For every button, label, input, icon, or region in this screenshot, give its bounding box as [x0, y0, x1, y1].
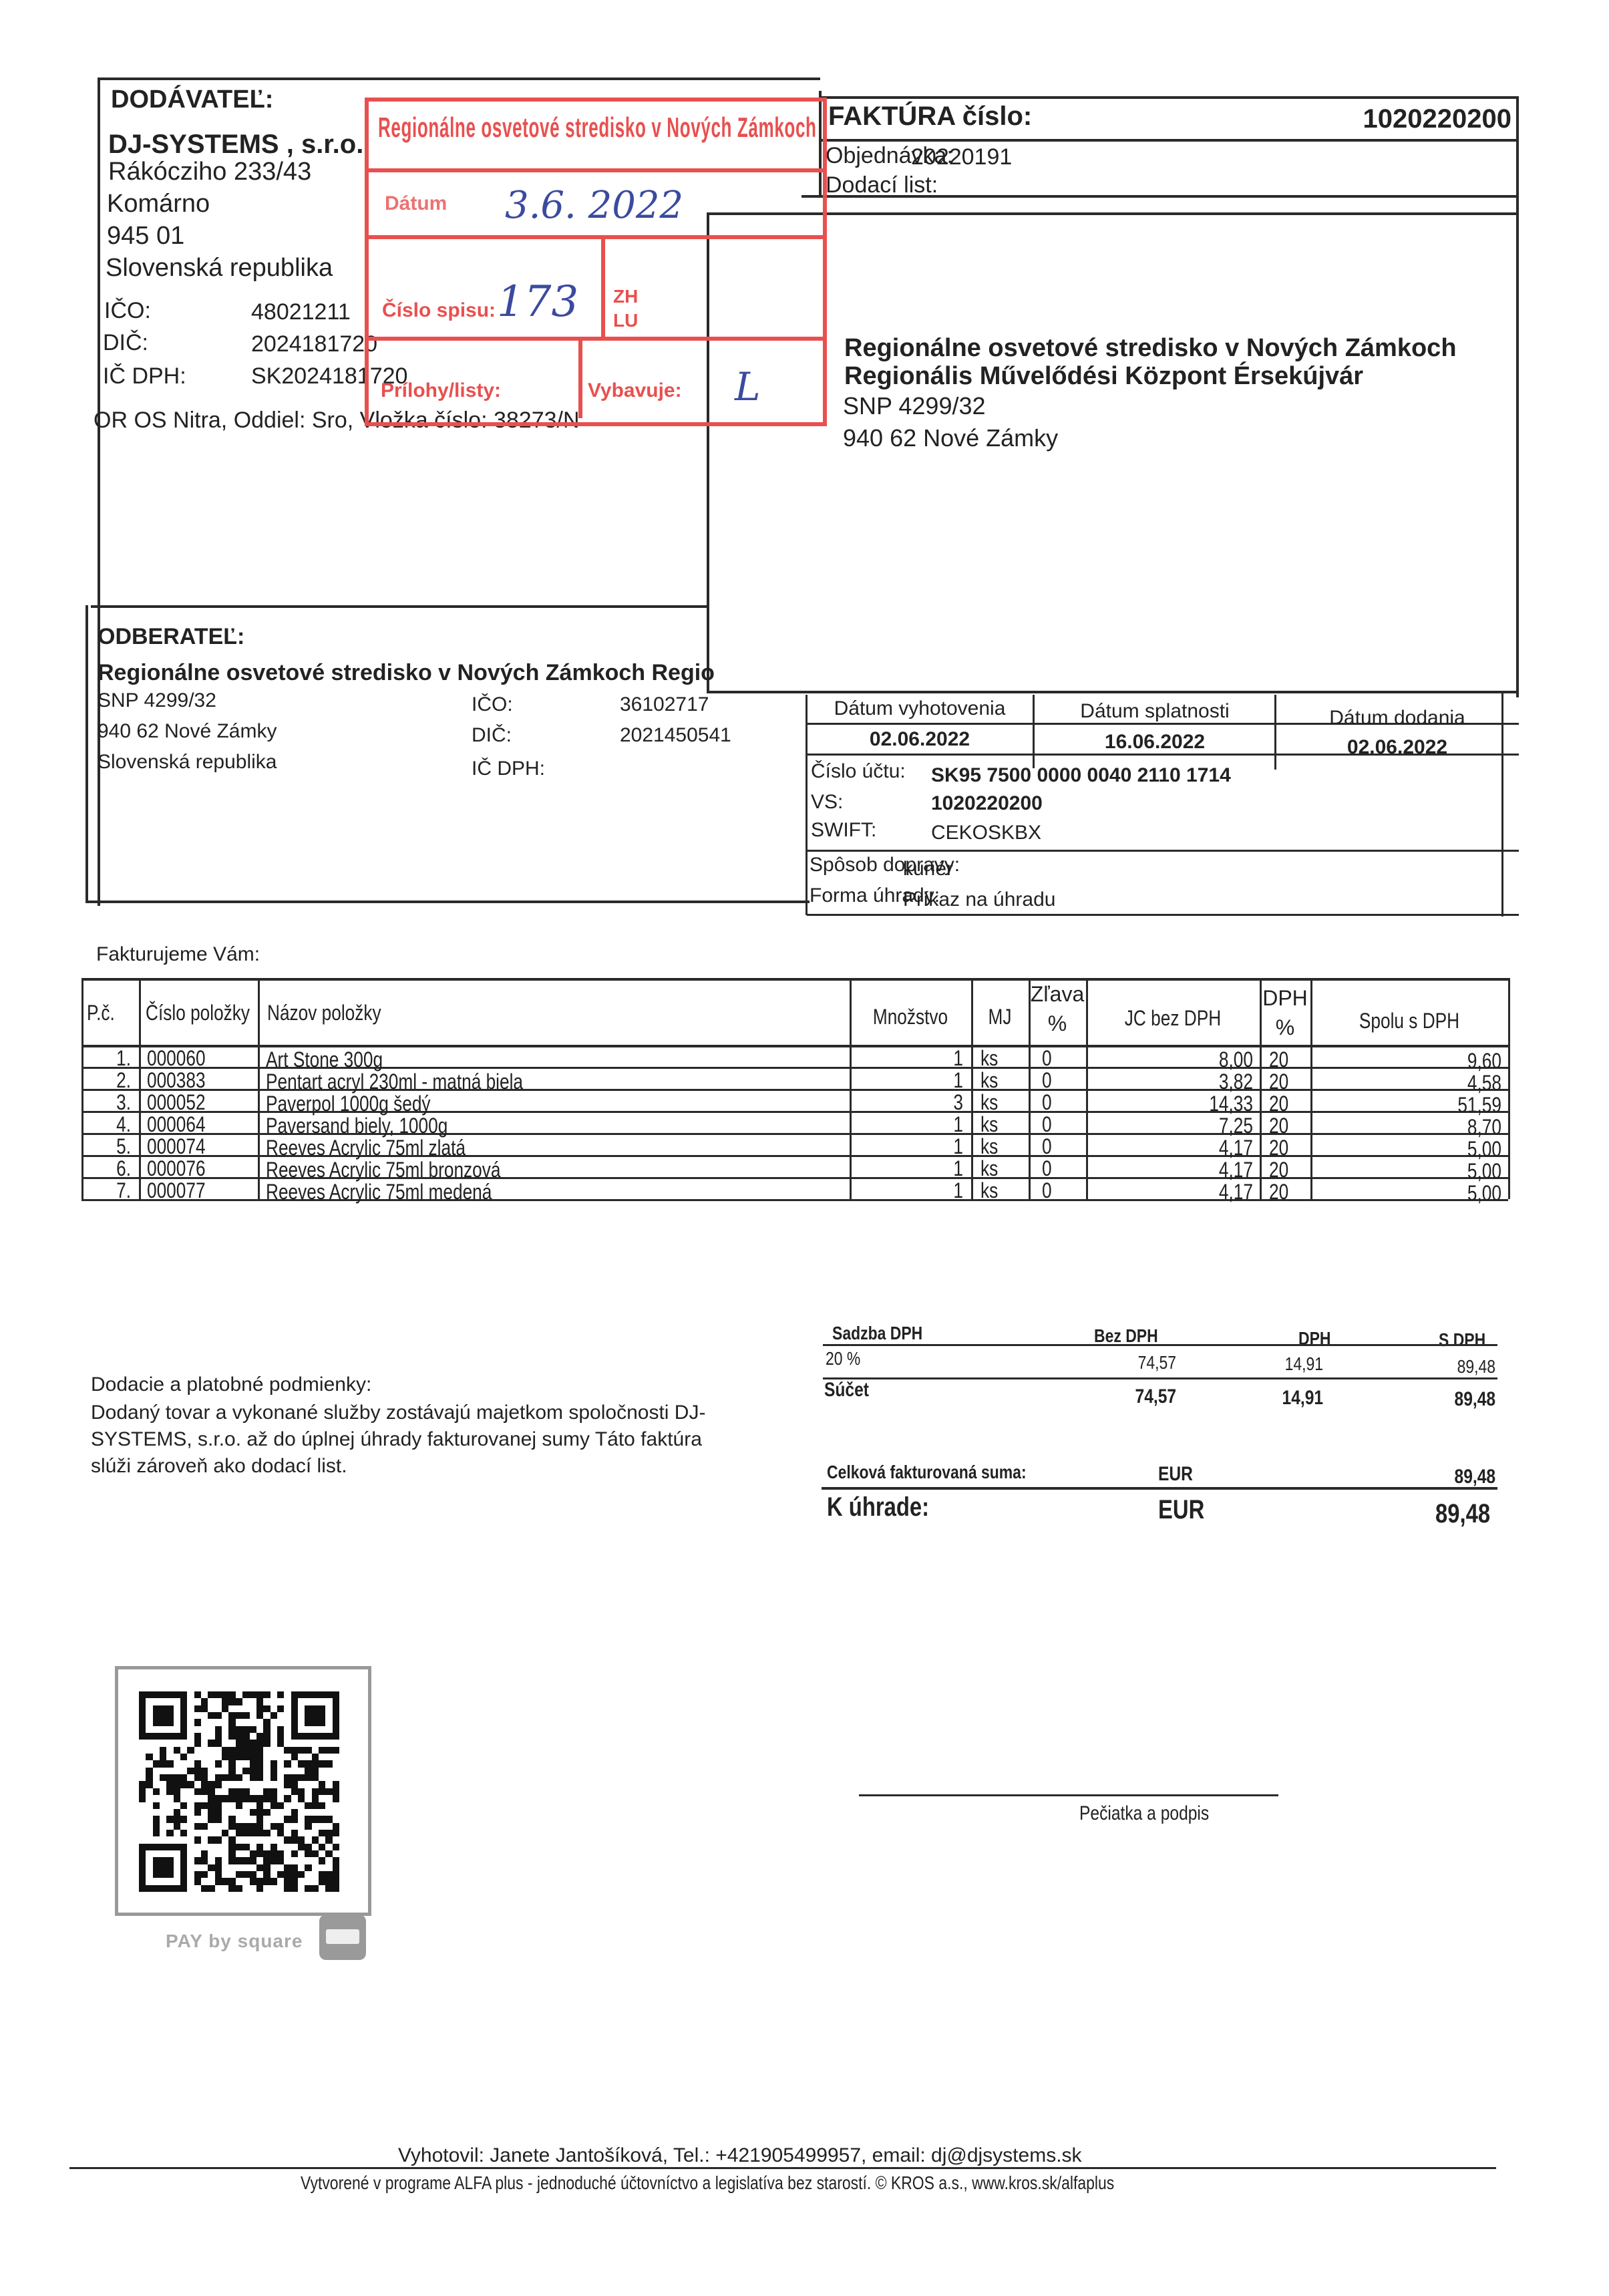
total-invoiced-label: Celková fakturovaná suma:: [827, 1463, 1027, 1482]
recipient-line-3: SNP 4299/32: [843, 394, 986, 418]
item-vat-rate: 20: [1269, 1049, 1288, 1070]
date-due-label: Dátum splatnosti: [1035, 701, 1274, 721]
item-code: 000064: [147, 1114, 206, 1135]
stamp-attachments-label: Prílohy/listy:: [381, 381, 501, 401]
supplier-name: DJ-SYSTEMS , s.r.o.: [108, 131, 363, 158]
supplier-city: Komárno: [107, 191, 210, 216]
item-unit: ks: [980, 1070, 998, 1091]
column-header-total: Spolu s DPH: [1310, 1010, 1508, 1031]
item-vat-rate: 20: [1269, 1159, 1288, 1180]
column-header-code: Číslo položky: [146, 1002, 250, 1023]
item-total: 5,00: [1310, 1138, 1501, 1160]
supplier-dic-label: DIČ:: [103, 331, 148, 354]
item-unit: ks: [980, 1180, 998, 1201]
terms-heading: Dodacie a platobné podmienky:: [91, 1375, 371, 1395]
item-quantity: 1: [850, 1180, 963, 1201]
supplier-ico-label: IČO:: [104, 299, 151, 322]
swift-label: SWIFT:: [811, 820, 876, 840]
column-header-vat-1: DPH: [1260, 987, 1310, 1009]
invoice-title: FAKTÚRA číslo:: [828, 103, 1032, 130]
vat-sum-vat: 14,91: [1282, 1388, 1323, 1408]
supplier-icdph-label: IČ DPH:: [103, 365, 186, 387]
item-discount: 0: [1042, 1092, 1052, 1113]
item-total: 4,58: [1310, 1072, 1501, 1094]
amount-due-currency: EUR: [1158, 1496, 1204, 1523]
date-delivery: 02.06.2022: [1277, 737, 1517, 758]
stamp-date-label: Dátum: [385, 194, 447, 214]
column-header-name: Názov položky: [267, 1002, 381, 1023]
account-label: Číslo účtu:: [811, 762, 906, 782]
footer-prepared-by: Vyhotovil: Janete Jantošíková, Tel.: +42…: [398, 2146, 1082, 2166]
customer-country: Slovenská republika: [98, 752, 277, 772]
item-vat-rate: 20: [1269, 1071, 1288, 1092]
swift-value: CEKOSKBX: [931, 823, 1041, 843]
item-code: 000383: [147, 1070, 206, 1091]
item-unit: ks: [980, 1158, 998, 1179]
item-total: 5,00: [1310, 1182, 1501, 1204]
customer-city: 940 62 Nové Zámky: [98, 721, 277, 742]
customer-name: Regionálne osvetové stredisko v Nových Z…: [98, 661, 715, 684]
vat-header-gross: S DPH: [1439, 1331, 1485, 1349]
supplier-ico: 48021211: [251, 301, 351, 323]
item-name: Reeves Acrylic 75ml medená: [266, 1181, 492, 1202]
item-unit-price: 8,00: [1086, 1049, 1253, 1070]
customer-dic-label: DIČ:: [472, 725, 512, 746]
item-name: Art Stone 300g: [266, 1049, 383, 1070]
item-discount: 0: [1042, 1070, 1052, 1091]
items-intro: Fakturujeme Vám:: [96, 945, 260, 965]
item-name: Pentart acryl 230ml - matná biela: [266, 1071, 523, 1092]
order-number: 20220191: [911, 146, 1012, 168]
recipient-line-4: 940 62 Nové Zámky: [843, 426, 1058, 450]
item-name: Paversand biely, 1000g: [266, 1115, 448, 1136]
terms-line-2: SYSTEMS, s.r.o. až do úplnej úhrady fakt…: [91, 1430, 702, 1450]
stamp-handled-handwritten: L: [735, 367, 761, 406]
invoice-number: 1020220200: [1363, 106, 1511, 132]
item-unit-price: 4,17: [1086, 1159, 1253, 1180]
stamp-handled-label: Vybavuje:: [588, 381, 682, 401]
column-header-vat-2: %: [1260, 1017, 1310, 1038]
item-vat-rate: 20: [1269, 1093, 1288, 1114]
item-unit: ks: [980, 1136, 998, 1157]
vat-gross: 89,48: [1457, 1357, 1495, 1376]
stamp-file-label: Číslo spisu:: [382, 301, 496, 321]
item-discount: 0: [1042, 1136, 1052, 1157]
supplier-zip: 945 01: [107, 223, 184, 249]
amount-due-label: K úhrade:: [827, 1494, 929, 1520]
vat-sum-base: 74,57: [1135, 1387, 1176, 1407]
item-quantity: 1: [850, 1158, 963, 1179]
column-header-qty: Množstvo: [850, 1006, 971, 1027]
customer-heading: ODBERATEĽ:: [98, 625, 244, 648]
column-header-unit: MJ: [971, 1006, 1029, 1027]
stamp-date-handwritten: 3.6. 2022: [505, 187, 683, 224]
supplier-heading: DODÁVATEĽ:: [111, 87, 273, 112]
row-number: 4.: [81, 1114, 131, 1135]
row-number: 7.: [81, 1180, 131, 1201]
item-code: 000077: [147, 1180, 206, 1201]
item-quantity: 1: [850, 1136, 963, 1157]
account-number: SK95 7500 0000 0040 2110 1714: [931, 766, 1231, 786]
item-total: 9,60: [1310, 1050, 1501, 1072]
item-vat-rate: 20: [1269, 1181, 1288, 1202]
item-unit-price: 4,17: [1086, 1181, 1253, 1202]
item-vat-rate: 20: [1269, 1137, 1288, 1158]
item-quantity: 3: [850, 1092, 963, 1113]
terms-line-3: slúži zároveň ako dodací list.: [91, 1456, 347, 1476]
row-number: 1.: [81, 1047, 131, 1069]
customer-ico-label: IČO:: [472, 695, 513, 715]
row-number: 3.: [81, 1092, 131, 1113]
customer-dic: 2021450541: [620, 725, 731, 746]
item-quantity: 1: [850, 1114, 963, 1135]
item-unit: ks: [980, 1092, 998, 1113]
delivery-note-label: Dodací list:: [826, 174, 938, 196]
item-discount: 0: [1042, 1180, 1052, 1201]
item-code: 000074: [147, 1136, 206, 1157]
stamp-title: Regionálne osvetové stredisko v Nových Z…: [378, 114, 817, 142]
total-invoiced-amount: 89,48: [1454, 1467, 1495, 1487]
customer-street: SNP 4299/32: [98, 691, 216, 711]
date-due: 16.06.2022: [1035, 732, 1274, 752]
item-name: Reeves Acrylic 75ml bronzová: [266, 1159, 500, 1180]
supplier-street: Rákócziho 233/43: [108, 159, 311, 184]
total-invoiced-currency: EUR: [1158, 1464, 1193, 1484]
item-quantity: 1: [850, 1047, 963, 1069]
customer-icdph-label: IČ DPH:: [472, 759, 545, 779]
date-delivery-label: Dátum dodania: [1277, 708, 1517, 728]
item-total: 8,70: [1310, 1116, 1501, 1138]
row-number: 2.: [81, 1070, 131, 1091]
item-unit-price: 4,17: [1086, 1137, 1253, 1158]
item-code: 000060: [147, 1047, 206, 1069]
recipient-line-2: Regionális Művelődési Központ Érsekújvár: [844, 363, 1363, 389]
item-code: 000052: [147, 1092, 206, 1113]
item-unit: ks: [980, 1114, 998, 1135]
supplier-country: Slovenská republika: [106, 255, 333, 281]
vat-sum-label: Súčet: [824, 1380, 869, 1400]
date-issued-label: Dátum vyhotovenia: [807, 699, 1033, 719]
item-unit: ks: [980, 1047, 998, 1069]
stamp-lu: LU: [613, 311, 638, 330]
vat-sum-gross: 89,48: [1454, 1389, 1495, 1410]
terms-line-1: Dodaný tovar a vykonané služby zostávajú…: [91, 1403, 705, 1423]
stamp-zh: ZH: [613, 287, 638, 306]
item-name: Paverpol 1000g šedý: [266, 1093, 431, 1114]
item-discount: 0: [1042, 1158, 1052, 1179]
vat-amount: 14,91: [1285, 1355, 1323, 1373]
qr-caption: PAY by square: [166, 1932, 303, 1951]
column-header-discount-2: %: [1029, 1013, 1086, 1034]
recipient-line-1: Regionálne osvetové stredisko v Nových Z…: [844, 335, 1457, 361]
item-total: 51,59: [1310, 1094, 1501, 1116]
customer-ico: 36102717: [620, 695, 709, 715]
vat-rate: 20 %: [826, 1349, 860, 1368]
row-number: 5.: [81, 1136, 131, 1157]
vat-header-rate: Sadzba DPH: [832, 1324, 922, 1343]
item-name: Reeves Acrylic 75ml zlatá: [266, 1137, 466, 1158]
row-number: 6.: [81, 1158, 131, 1179]
item-total: 5,00: [1310, 1160, 1501, 1182]
item-unit-price: 3,82: [1086, 1071, 1253, 1092]
vs-value: 1020220200: [931, 794, 1043, 814]
vs-label: VS:: [811, 792, 843, 812]
item-vat-rate: 20: [1269, 1115, 1288, 1136]
date-issued: 02.06.2022: [807, 729, 1033, 750]
column-header-unit_price: JC bez DPH: [1086, 1007, 1260, 1029]
pay-by-square-logo-icon: [319, 1915, 366, 1960]
payment-method-value: Príkaz na úhradu: [903, 890, 1055, 910]
transport-value: kuriér: [903, 859, 953, 879]
signature-label: Pečiatka a podpis: [1079, 1804, 1209, 1824]
vat-base: 74,57: [1138, 1353, 1176, 1372]
column-header-no: P.č.: [87, 1002, 115, 1023]
item-quantity: 1: [850, 1070, 963, 1091]
supplier-dic: 2024181720: [251, 333, 377, 355]
amount-due: 89,48: [1435, 1500, 1490, 1527]
qr-code: [139, 1691, 339, 1892]
item-discount: 0: [1042, 1114, 1052, 1135]
item-code: 000076: [147, 1158, 206, 1179]
column-header-discount-1: Zľava: [1029, 983, 1086, 1005]
vat-header-base: Bez DPH: [1094, 1327, 1158, 1345]
item-discount: 0: [1042, 1047, 1052, 1069]
footer-software: Vytvorené v programe ALFA plus - jednodu…: [301, 2174, 1114, 2192]
item-unit-price: 14,33: [1086, 1093, 1253, 1114]
item-unit-price: 7,25: [1086, 1115, 1253, 1136]
stamp-file-handwritten: 173: [497, 281, 578, 323]
